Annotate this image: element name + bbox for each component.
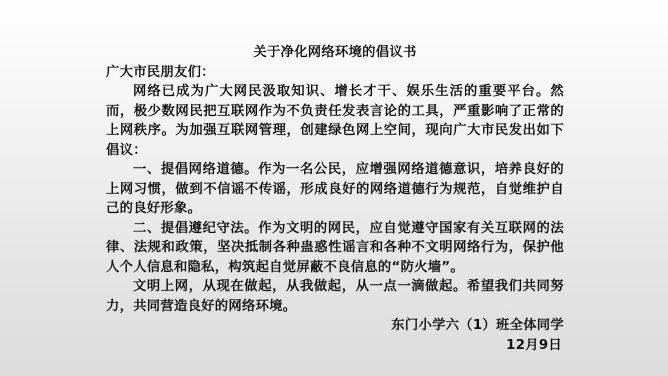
paragraph-closing: 文明上网，从现在做起，从我做起，从一点一滴做起。希望我们共同努力，共同营造良好的… (106, 277, 564, 316)
salutation: 广大市民朋友们： (106, 63, 564, 83)
proposal-document: 关于净化网络环境的倡议书 广大市民朋友们： 网络已成为广大网民汲取知识、增长才干… (106, 43, 564, 355)
date: 12月9日 (106, 336, 564, 356)
paragraph-proposal-2: 二、提倡遵纪守法。作为文明的网民，应自觉遵守国家有关互联网的法律、法规和政策，坚… (106, 219, 564, 278)
paragraph-intro: 网络已成为广大网民汲取知识、增长才干、娱乐生活的重要平台。然而，极少数网民把互联… (106, 82, 564, 160)
paragraph-proposal-1: 一、提倡网络道德。作为一名公民，应增强网络道德意识，培养良好的上网习惯，做到不信… (106, 160, 564, 219)
document-title: 关于净化网络环境的倡议书 (106, 43, 564, 63)
signature: 东门小学六（1）班全体同学 (106, 316, 564, 336)
